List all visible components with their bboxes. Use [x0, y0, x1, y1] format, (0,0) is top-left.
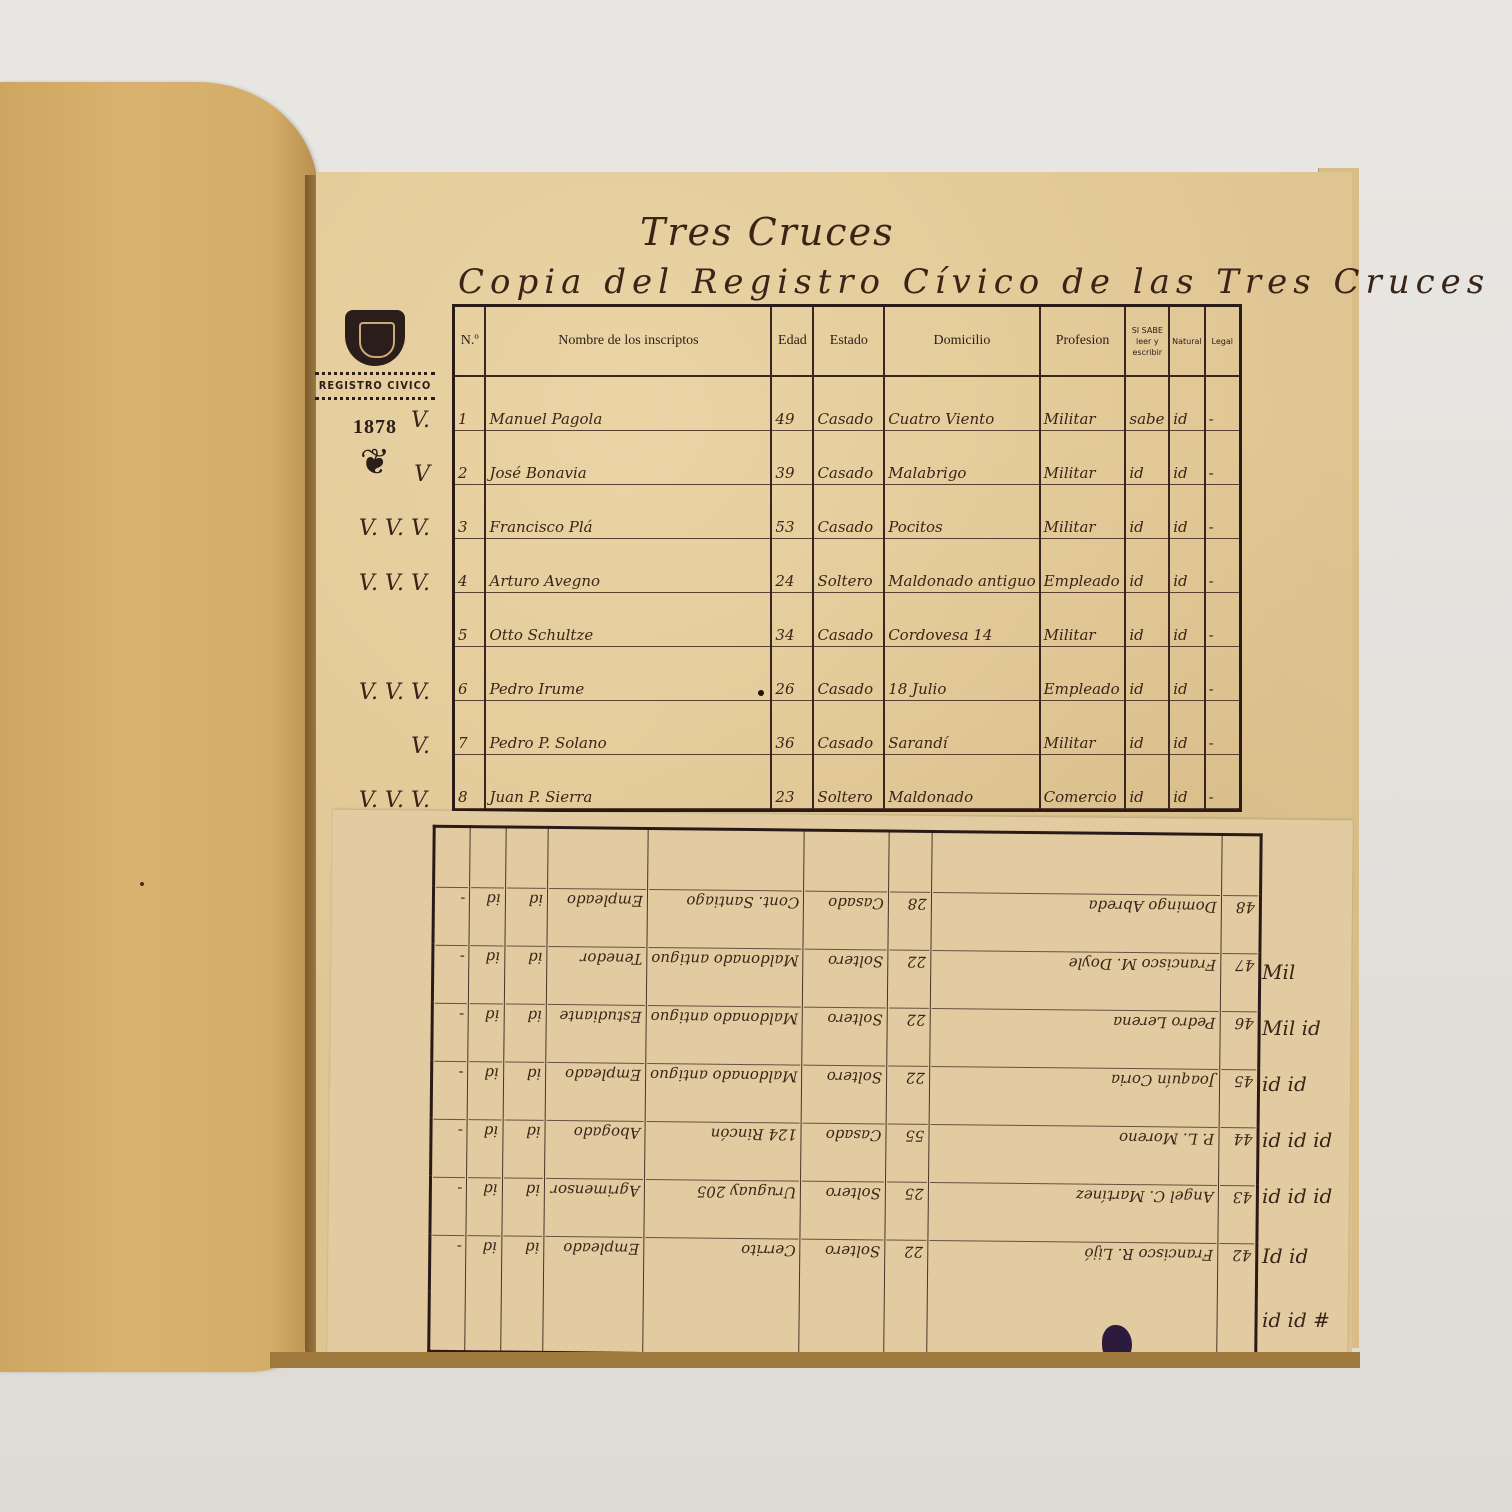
row-address: 18 Julio [885, 680, 1038, 701]
row-natural: id [471, 945, 503, 966]
margin-note: id id [1262, 1072, 1307, 1096]
row-natural: id [469, 1119, 501, 1140]
row-address: Maldonado antiguo [647, 1063, 801, 1086]
book-cover-edge [270, 1352, 1360, 1368]
row-name: Otto Schultze [486, 626, 770, 647]
row-age: 23 [772, 788, 812, 809]
row-address: Malabrigo [885, 464, 1038, 485]
ink-spot [140, 882, 144, 886]
row-natural: id [1170, 626, 1203, 647]
table-row: 1Manuel Pagola49CasadoCuatro VientoMilit… [454, 376, 1241, 431]
row-legal: - [434, 1061, 467, 1082]
table-row: 42Francisco R. Lijó22SolteroCerritoEmple… [429, 1234, 1257, 1301]
row-name: Angel C. Martínez [930, 1182, 1217, 1206]
row-status: Casado [814, 626, 883, 647]
row-literate: id [504, 1119, 544, 1140]
row-age: 49 [772, 410, 812, 431]
table-row: 43Angel C. Martínez25SolteroUruguay 205A… [430, 1176, 1258, 1243]
row-address: 124 Rincón [646, 1121, 800, 1144]
row-status: Casado [805, 891, 887, 913]
row-age: 26 [772, 680, 812, 701]
row-name: Pedro Lerena [931, 1008, 1218, 1032]
row-natural: id [1170, 572, 1203, 593]
document-subtitle: Copia del Registro Cívico de las Tres Cr… [458, 262, 1490, 302]
row-age: 34 [772, 626, 812, 647]
row-legal: - [1206, 626, 1239, 647]
row-age: 28 [890, 892, 930, 913]
row-name: Francisco Plá [486, 518, 770, 539]
row-legal: - [1206, 734, 1239, 755]
inserted-sheet: 42Francisco R. Lijó22SolteroCerritoEmple… [327, 810, 1353, 1366]
row-legal: - [1206, 464, 1239, 485]
row-name: Pedro P. Solano [486, 734, 770, 755]
row-profession: Militar [1041, 464, 1125, 485]
header-address: Domicilio [884, 306, 1039, 377]
row-natural: id [1170, 410, 1203, 431]
row-address: Maldonado antiguo [648, 947, 802, 970]
row-literate: id [1126, 518, 1168, 539]
header-profession: Profesion [1040, 306, 1126, 377]
row-age: 36 [772, 734, 812, 755]
row-status: Casado [814, 680, 883, 701]
row-age: 25 [887, 1181, 927, 1202]
row-literate: id [503, 1235, 543, 1256]
row-age: 22 [889, 950, 929, 971]
row-natural: id [1170, 788, 1203, 809]
table-row: 45Joaquín Coria22SolteroMaldonado antigu… [431, 1060, 1259, 1127]
table-row: 8Juan P. Sierra23SolteroMaldonadoComerci… [454, 755, 1241, 811]
header-name: Nombre de los inscriptos [485, 306, 771, 377]
header-status: Estado [813, 306, 884, 377]
row-profession: Militar [1041, 518, 1125, 539]
row-address: Cuatro Viento [885, 410, 1038, 431]
row-name: Domingo Abreda [933, 892, 1220, 916]
row-legal: - [432, 1235, 465, 1256]
row-age: 24 [772, 572, 812, 593]
row-address: Maldonado antiguo [648, 1005, 802, 1028]
row-legal: - [436, 887, 469, 908]
table-row: 2José Bonavia39CasadoMalabrigoMilitaridi… [454, 431, 1241, 485]
row-status: Soltero [803, 1065, 885, 1087]
row-legal: - [435, 945, 468, 966]
margin-note: Mil [1262, 960, 1295, 984]
row-no: 42 [1219, 1243, 1254, 1264]
row-address: Cordovesa 14 [885, 626, 1038, 647]
row-address: Sarandí [885, 734, 1038, 755]
row-natural: id [1170, 464, 1203, 485]
margin-note: Id id [1262, 1244, 1308, 1268]
row-age: 39 [772, 464, 812, 485]
register-table: N.º Nombre de los inscriptos Edad Estado… [452, 304, 1242, 812]
margin-note: id id # [1262, 1308, 1330, 1332]
row-status: Soltero [805, 949, 887, 971]
row-literate: id [506, 945, 546, 966]
row-profession: Militar [1041, 626, 1125, 647]
row-name: José Bonavia [486, 464, 770, 485]
header-legal: Legal [1205, 306, 1241, 377]
ink-spot [758, 690, 764, 696]
table-row: 46Pedro Lerena22SolteroMaldonado antiguo… [432, 1002, 1260, 1069]
row-no: 43 [1220, 1185, 1255, 1206]
row-status: Soltero [814, 572, 883, 593]
row-profession: Empleado [545, 1236, 642, 1258]
row-no: 3 [455, 518, 484, 539]
row-status: Casado [814, 518, 883, 539]
inverted-register-table: 42Francisco R. Lijó22SolteroCerritoEmple… [427, 883, 1262, 1362]
row-natural: id [468, 1177, 500, 1198]
margin-note: V. V. V. [359, 680, 430, 705]
row-name: Juan P. Sierra [486, 788, 770, 809]
margin-note: V. [411, 734, 430, 759]
margin-note: id id id [1262, 1184, 1332, 1208]
row-legal: - [1206, 680, 1239, 701]
row-legal: - [435, 1003, 468, 1024]
margin-note: id id id [1262, 1128, 1332, 1152]
row-name: Francisco R. Lijó [929, 1240, 1216, 1264]
row-profession: Estudiante [548, 1004, 645, 1026]
row-no: 46 [1221, 1011, 1256, 1032]
row-status: Soltero [814, 788, 883, 809]
row-natural: id [469, 1061, 501, 1082]
row-literate: id [505, 1003, 545, 1024]
row-literate: id [1126, 734, 1168, 755]
row-address: Cont. Santiago [649, 889, 803, 912]
row-profession: Empleado [1041, 680, 1125, 701]
row-status: Casado [814, 734, 883, 755]
row-legal: - [1206, 518, 1239, 539]
header-no: N.º [454, 306, 486, 377]
row-address: Maldonado [885, 788, 1038, 809]
table-row: 5Otto Schultze34CasadoCordovesa 14Milita… [454, 593, 1241, 647]
row-no: 4 [455, 572, 484, 593]
row-name: Pedro Irume [486, 680, 770, 701]
row-age: 53 [772, 518, 812, 539]
shield-icon [345, 310, 405, 366]
document-title: Tres Cruces [640, 210, 895, 254]
row-natural: id [1170, 680, 1203, 701]
row-status: Casado [803, 1123, 885, 1145]
row-legal: - [433, 1177, 466, 1198]
margin-note: V. V. V. [359, 516, 430, 541]
table-row: 7Pedro P. Solano36CasadoSarandíMilitarid… [454, 701, 1241, 755]
row-legal: - [1206, 410, 1239, 431]
left-page [0, 82, 318, 1372]
row-profession: Empleado [1041, 572, 1125, 593]
row-profession: Militar [1041, 410, 1125, 431]
row-literate: id [1126, 572, 1168, 593]
row-profession: Militar [1041, 734, 1125, 755]
emblem-ribbon: REGISTRO CIVICO [315, 372, 435, 400]
row-legal: - [433, 1119, 466, 1140]
row-age: 22 [889, 1008, 929, 1029]
margin-note: V [414, 462, 430, 487]
row-natural: id [471, 887, 503, 908]
row-address: Uruguay 205 [646, 1179, 800, 1202]
row-profession: Agrimensor [546, 1178, 643, 1200]
row-literate: id [1126, 680, 1168, 701]
header-age: Edad [771, 306, 813, 377]
row-no: 8 [455, 788, 484, 809]
row-status: Soltero [802, 1239, 884, 1261]
row-no: 2 [455, 464, 484, 485]
row-address: Maldonado antiguo [885, 572, 1038, 593]
margin-note: Mil id [1262, 1016, 1321, 1040]
row-name: P. L. Moreno [930, 1124, 1217, 1148]
margin-note: V. [411, 408, 430, 433]
row-literate: sabe [1126, 410, 1168, 431]
row-no: 44 [1220, 1127, 1255, 1148]
row-literate: id [1126, 464, 1168, 485]
row-no: 5 [455, 626, 484, 647]
row-natural: id [1170, 734, 1203, 755]
insert-table: 42Francisco R. Lijó22SolteroCerritoEmple… [427, 825, 1262, 1362]
header-literate: SI SABE leer y escribir [1125, 306, 1169, 377]
row-profession: Abogado [547, 1120, 644, 1142]
table-row: 4Arturo Avegno24SolteroMaldonado antiguo… [454, 539, 1241, 593]
row-no: 48 [1223, 895, 1258, 916]
row-name: Joaquín Coria [931, 1066, 1218, 1090]
row-natural: id [468, 1235, 500, 1256]
header-row: N.º Nombre de los inscriptos Edad Estado… [454, 306, 1241, 377]
row-literate: id [505, 1061, 545, 1082]
table-row: 6Pedro Irume26Casado18 JulioEmpleadoidid… [454, 647, 1241, 701]
row-profession: Empleado [549, 888, 646, 910]
row-age: 22 [888, 1066, 928, 1087]
table-row: 3Francisco Plá53CasadoPocitosMilitaridid… [454, 485, 1241, 539]
row-profession: Tenedor [548, 946, 645, 968]
table-row: 47Francisco M. Doyle22SolteroMaldonado a… [432, 944, 1260, 1011]
row-address: Pocitos [885, 518, 1038, 539]
row-status: Casado [814, 464, 883, 485]
row-address: Cerrito [645, 1237, 799, 1260]
row-no: 1 [455, 410, 484, 431]
row-profession: Comercio [1041, 788, 1125, 809]
row-natural: id [470, 1003, 502, 1024]
row-natural: id [1170, 518, 1203, 539]
row-status: Soltero [804, 1007, 886, 1029]
row-no: 7 [455, 734, 484, 755]
row-legal: - [1206, 572, 1239, 593]
row-no: 6 [455, 680, 484, 701]
row-no: 47 [1222, 953, 1257, 974]
margin-note: V. V. V. [359, 571, 430, 596]
row-name: Manuel Pagola [486, 410, 770, 431]
row-literate: id [503, 1177, 543, 1198]
row-status: Soltero [802, 1181, 884, 1203]
row-age: 22 [886, 1239, 926, 1260]
header-natural: Natural [1169, 306, 1204, 377]
row-name: Francisco M. Doyle [932, 950, 1219, 974]
row-status: Casado [814, 410, 883, 431]
row-age: 55 [887, 1124, 927, 1145]
row-literate: id [506, 887, 546, 908]
table-row: 44P. L. Moreno55Casado124 RincónAbogadoi… [431, 1118, 1259, 1185]
row-name: Arturo Avegno [486, 572, 770, 593]
row-profession: Empleado [547, 1062, 644, 1084]
table-row: 48Domingo Abreda28CasadoCont. SantiagoEm… [433, 886, 1261, 953]
row-no: 45 [1221, 1069, 1256, 1090]
row-literate: id [1126, 626, 1168, 647]
row-legal: - [1206, 788, 1239, 809]
row-literate: id [1126, 788, 1168, 809]
